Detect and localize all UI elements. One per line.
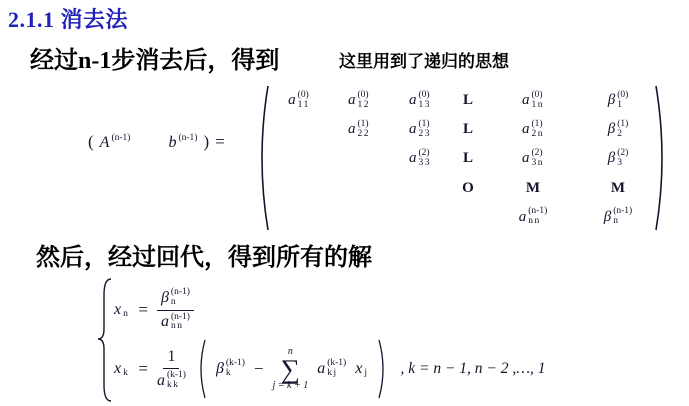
matrix-cell: a(0)1n xyxy=(522,91,544,111)
matrix-cell: L xyxy=(463,151,473,166)
system-brace xyxy=(96,277,114,403)
vector-b-symbol: b(n-1) xyxy=(168,131,197,152)
matrix-cell: β(2)3 xyxy=(608,149,629,169)
eq1-numerator: β(n-1)n xyxy=(157,288,194,311)
xk-symbol: xk xyxy=(114,360,129,379)
eq1-denominator: a(n-1)nn xyxy=(161,311,190,333)
slide: 2.1.1 消去法 经过n-1步消去后，得到 这里用到了递归的思想 ( A(n-… xyxy=(0,0,689,406)
matrix-cell: M xyxy=(611,181,625,196)
x-j-term: xj xyxy=(355,360,368,379)
recursion-note: 这里用到了递归的思想 xyxy=(339,47,509,72)
matrix-cell: a(2)3n xyxy=(522,149,544,169)
matrix-cell: a(0)13 xyxy=(409,91,431,111)
beta-k-term: β(k-1)k xyxy=(216,359,245,379)
lhs-expression: ( A(n-1) b(n-1) ) = xyxy=(88,131,225,152)
matrix-cell: a(2)33 xyxy=(409,149,431,169)
eq2-equals: = xyxy=(138,359,148,379)
eq2-numerator: 1 xyxy=(163,348,179,369)
matrix-cell: β(1)2 xyxy=(608,120,629,140)
eq2-denominator: a(k-1)kk xyxy=(157,369,186,391)
matrix-cell: M xyxy=(526,181,540,196)
eq2-close-paren xyxy=(377,338,389,400)
a-kj-term: a(k-1)kj xyxy=(317,359,346,379)
matrix-cell: a(1)22 xyxy=(348,120,370,140)
index-condition: , k = n − 1, n − 2 ,…, 1 xyxy=(400,360,545,378)
eq1-fraction: β(n-1)n a(n-1)nn xyxy=(157,288,194,333)
matrix-cell: O xyxy=(462,181,474,196)
xn-symbol: xn xyxy=(114,301,129,320)
matrix-grid: a(0)11a(0)12a(0)13La(0)1nβ(0)1a(1)22a(1)… xyxy=(270,86,656,232)
heading-after-elimination: 经过n-1步消去后，得到 xyxy=(30,40,279,75)
matrix-cell: a(1)2n xyxy=(522,120,544,140)
matrix-A-symbol: A(n-1) xyxy=(100,131,131,152)
matrix-cell: L xyxy=(463,122,473,137)
eq2-open-paren xyxy=(195,338,207,400)
equation-xk: xk = 1 a(k-1)kk β(k-1)k − n ∑ j = k + 1 … xyxy=(114,337,546,401)
matrix-cell: a(0)11 xyxy=(288,91,310,111)
back-substitution-heading: 然后，经过回代，得到所有的解 xyxy=(36,237,372,272)
page-title: 2.1.1 消去法 xyxy=(8,3,128,34)
lhs-open-paren: ( xyxy=(88,132,94,152)
matrix-cell: L xyxy=(463,93,473,108)
eq1-equals: = xyxy=(138,300,148,320)
equation-xn: xn = β(n-1)n a(n-1)nn xyxy=(114,281,194,339)
minus-sign: − xyxy=(254,359,264,379)
matrix-cell: β(n-1)n xyxy=(604,207,632,227)
matrix-cell: a(n-1)nn xyxy=(519,207,548,227)
eq2-fraction: 1 a(k-1)kk xyxy=(157,348,186,391)
matrix-cell: a(0)12 xyxy=(348,91,370,111)
matrix-cell: β(0)1 xyxy=(608,91,629,111)
sigma-symbol: ∑ xyxy=(281,357,300,381)
summation: n ∑ j = k + 1 xyxy=(273,347,309,391)
lhs-close-paren: ) xyxy=(203,132,209,152)
sum-lower-limit: j = k + 1 xyxy=(273,381,309,391)
equals-sign: = xyxy=(215,132,225,152)
matrix-cell: a(1)23 xyxy=(409,120,431,140)
